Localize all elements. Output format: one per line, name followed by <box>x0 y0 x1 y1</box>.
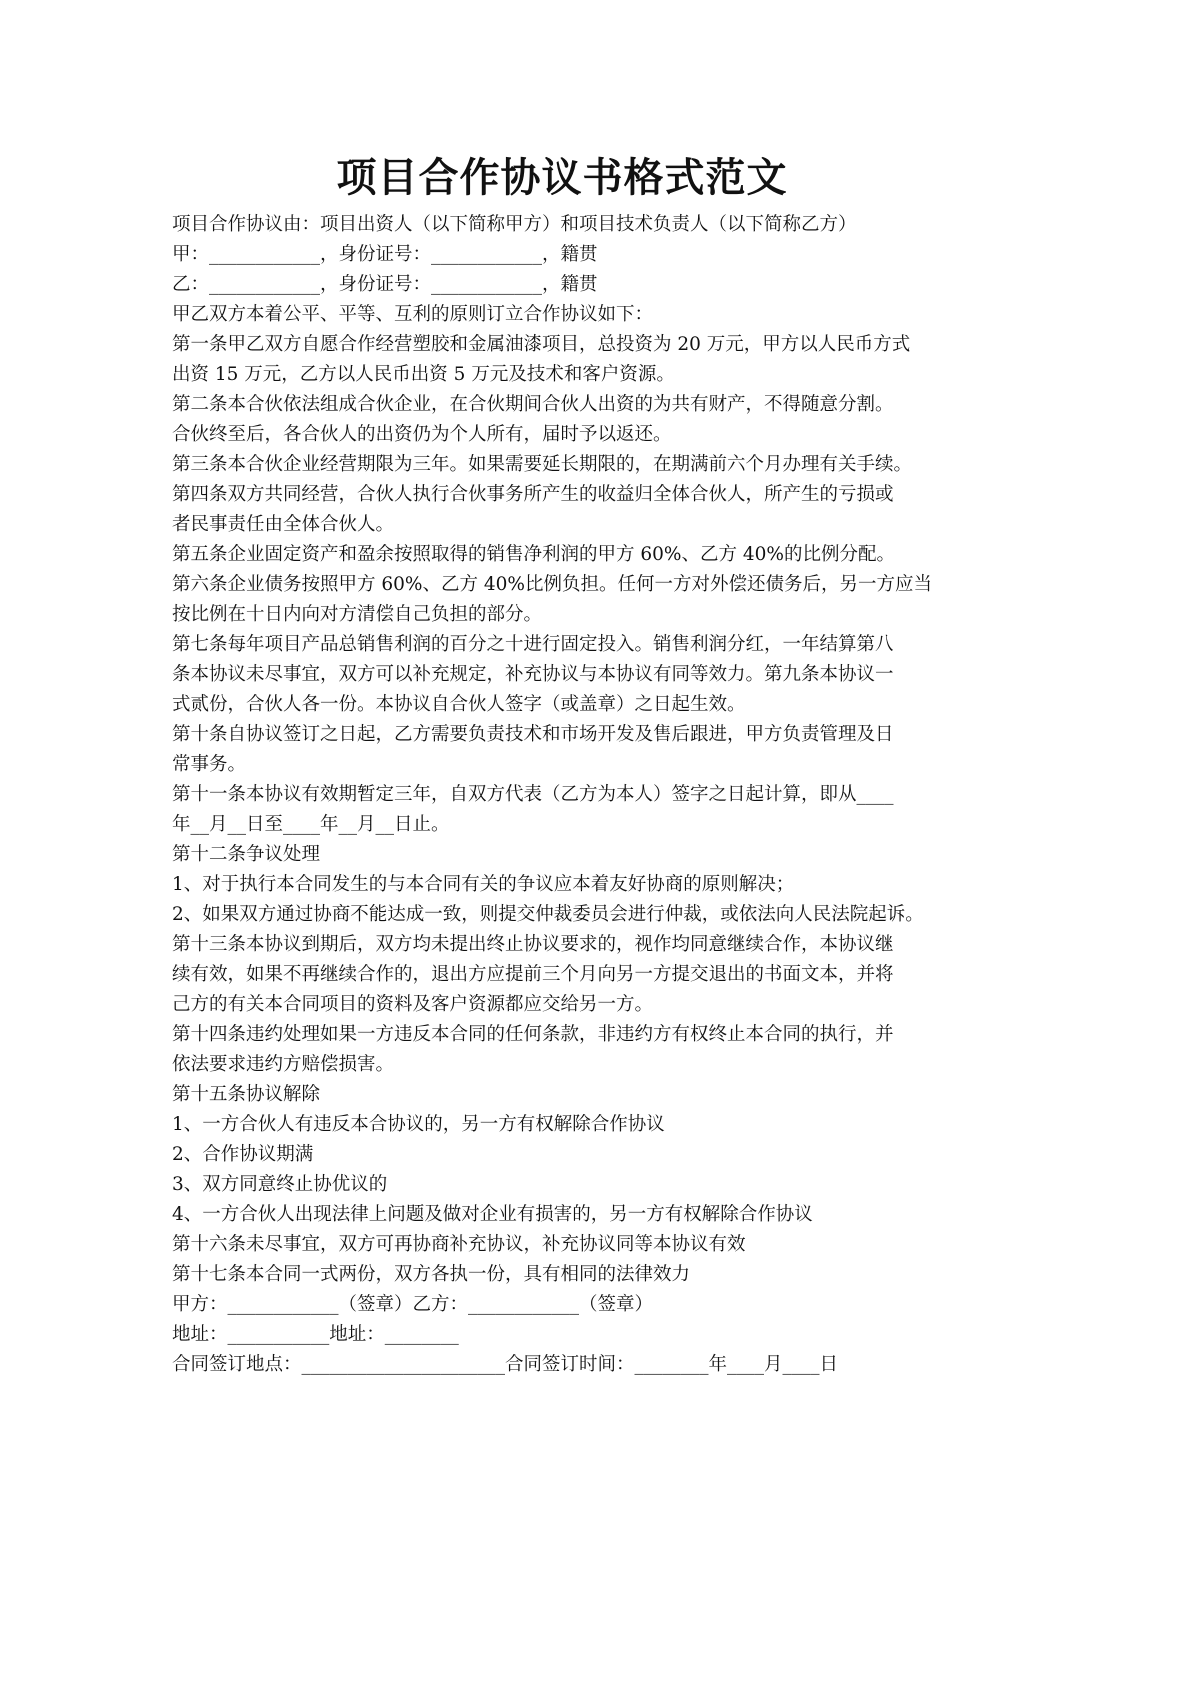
document-line: 第十条自协议签订之日起，乙方需要负责技术和市场开发及售后跟进，甲方负责管理及日 <box>172 720 1032 750</box>
document-line: 年__月__日至____年__月__日止。 <box>172 810 1032 840</box>
document-line: 第一条甲乙双方自愿合作经营塑胶和金属油漆项目，总投资为 20 万元，甲方以人民币… <box>172 330 1032 360</box>
document-title: 项目合作协议书格式范文 <box>172 150 952 206</box>
document-line: 2、如果双方通过协商不能达成一致，则提交仲裁委员会进行仲裁，或依法向人民法院起诉… <box>172 900 1032 930</box>
document-line: 合伙终至后，各合伙人的出资仍为个人所有，届时予以返还。 <box>172 420 1032 450</box>
document-line: 常事务。 <box>172 750 1032 780</box>
document-body: 项目合作协议由：项目出资人（以下简称甲方）和项目技术负责人（以下简称乙方）甲：_… <box>172 210 1032 1380</box>
document-line: 第十一条本协议有效期暂定三年，自双方代表（乙方为本人）签字之日起计算，即从___… <box>172 780 1032 810</box>
document-line: 1、一方合伙人有违反本合协议的，另一方有权解除合作协议 <box>172 1110 1032 1140</box>
document-line: 者民事责任由全体合伙人。 <box>172 510 1032 540</box>
document-line: 第十七条本合同一式两份，双方各执一份，具有相同的法律效力 <box>172 1260 1032 1290</box>
document-line: 第四条双方共同经营，合伙人执行合伙事务所产生的收益归全体合伙人，所产生的亏损或 <box>172 480 1032 510</box>
document-line: 乙：____________，身份证号：____________，籍贯 <box>172 270 1032 300</box>
document-line: 合同签订地点：______________________合同签订时间：____… <box>172 1350 1032 1380</box>
document-line: 出资 15 万元，乙方以人民币出资 5 万元及技术和客户资源。 <box>172 360 1032 390</box>
document-line: 甲方：____________（签章）乙方：____________（签章） <box>172 1290 1032 1320</box>
document-line: 第六条企业债务按照甲方 60%、乙方 40%比例负担。任何一方对外偿还债务后，另… <box>172 570 1032 600</box>
document-line: 4、一方合伙人出现法律上问题及做对企业有损害的，另一方有权解除合作协议 <box>172 1200 1032 1230</box>
document-line: 第十三条本协议到期后，双方均未提出终止协议要求的，视作均同意继续合作，本协议继 <box>172 930 1032 960</box>
document-line: 第七条每年项目产品总销售利润的百分之十进行固定投入。销售利润分红，一年结算第八 <box>172 630 1032 660</box>
document-line: 甲：____________，身份证号：____________，籍贯 <box>172 240 1032 270</box>
document-line: 第十二条争议处理 <box>172 840 1032 870</box>
document-line: 按比例在十日内向对方清偿自己负担的部分。 <box>172 600 1032 630</box>
document-line: 项目合作协议由：项目出资人（以下简称甲方）和项目技术负责人（以下简称乙方） <box>172 210 1032 240</box>
document-line: 续有效，如果不再继续合作的，退出方应提前三个月向另一方提交退出的书面文本，并将 <box>172 960 1032 990</box>
document-line: 地址：___________地址：________ <box>172 1320 1032 1350</box>
document-line: 甲乙双方本着公平、平等、互利的原则订立合作协议如下： <box>172 300 1032 330</box>
document-page: 项目合作协议书格式范文 项目合作协议由：项目出资人（以下简称甲方）和项目技术负责… <box>172 150 1032 1380</box>
document-line: 第十五条协议解除 <box>172 1080 1032 1110</box>
document-line: 式贰份，合伙人各一份。本协议自合伙人签字（或盖章）之日起生效。 <box>172 690 1032 720</box>
document-line: 第五条企业固定资产和盈余按照取得的销售净利润的甲方 60%、乙方 40%的比例分… <box>172 540 1032 570</box>
document-line: 第十六条未尽事宜，双方可再协商补充协议，补充协议同等本协议有效 <box>172 1230 1032 1260</box>
document-line: 第二条本合伙依法组成合伙企业，在合伙期间合伙人出资的为共有财产，不得随意分割。 <box>172 390 1032 420</box>
document-line: 第三条本合伙企业经营期限为三年。如果需要延长期限的，在期满前六个月办理有关手续。 <box>172 450 1032 480</box>
document-line: 己方的有关本合同项目的资料及客户资源都应交给另一方。 <box>172 990 1032 1020</box>
document-line: 条本协议未尽事宜，双方可以补充规定，补充协议与本协议有同等效力。第九条本协议一 <box>172 660 1032 690</box>
document-line: 1、对于执行本合同发生的与本合同有关的争议应本着友好协商的原则解决； <box>172 870 1032 900</box>
document-line: 依法要求违约方赔偿损害。 <box>172 1050 1032 1080</box>
document-line: 第十四条违约处理如果一方违反本合同的任何条款，非违约方有权终止本合同的执行，并 <box>172 1020 1032 1050</box>
document-line: 2、合作协议期满 <box>172 1140 1032 1170</box>
document-line: 3、双方同意终止协优议的 <box>172 1170 1032 1200</box>
